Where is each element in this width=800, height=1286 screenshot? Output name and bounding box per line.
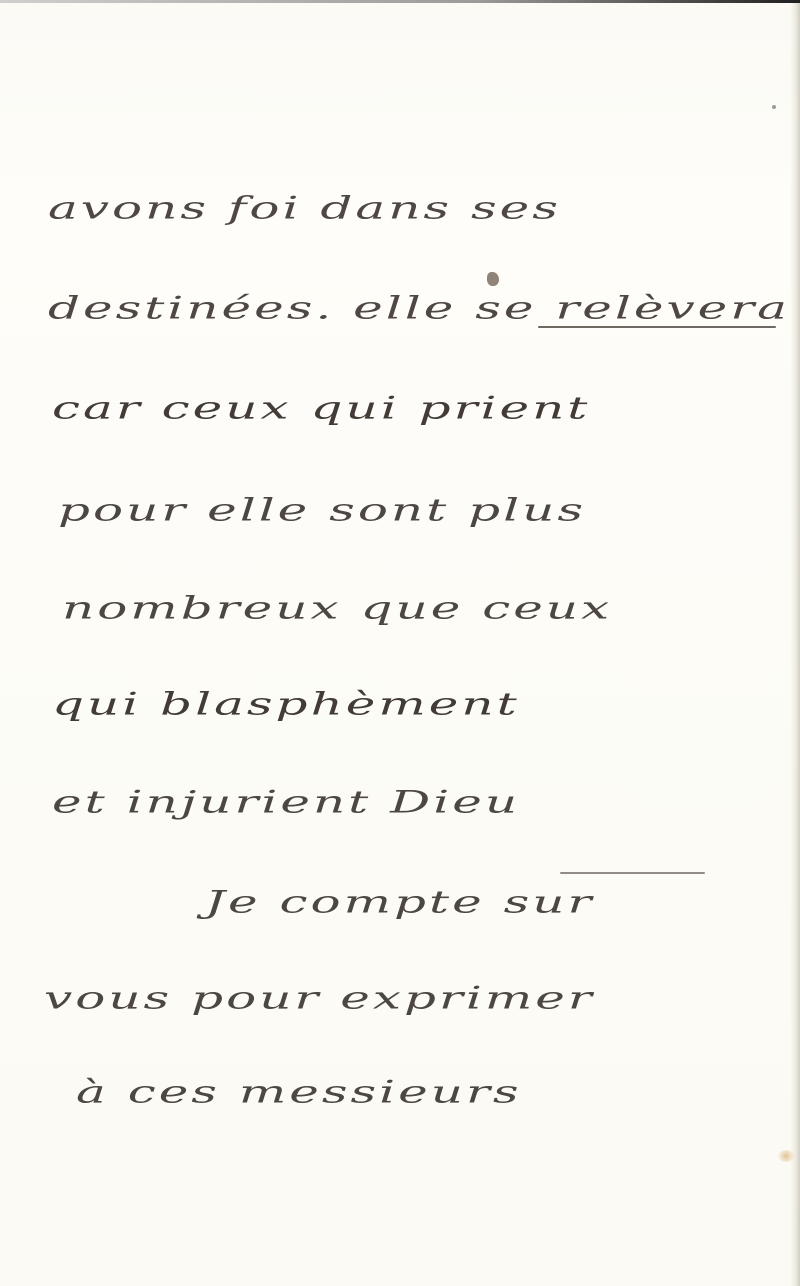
ink-blot [487,272,499,286]
letter-line-6: qui blasphèment [52,686,800,722]
paper-top-edge [0,0,800,3]
letter-line-9: vous pour exprimer [44,980,800,1016]
letter-line-10: à ces messieurs [76,1074,800,1110]
letter-line-1: avons foi dans ses [48,190,800,226]
letter-line-4: pour elle sont plus [58,492,800,528]
letter-line-7: et injurient Dieu [52,784,800,820]
letter-line-3: car ceux qui prient [52,390,800,426]
overline-stroke [560,872,705,874]
paper-stain [778,1150,794,1162]
letter-line-5: nombreux que ceux [62,590,800,626]
letter-line-2: destinées. elle se relèvera [48,290,800,326]
letter-line-8: Je compte sur [205,884,800,920]
underline-mark [538,326,776,328]
paper-speck [772,105,776,109]
